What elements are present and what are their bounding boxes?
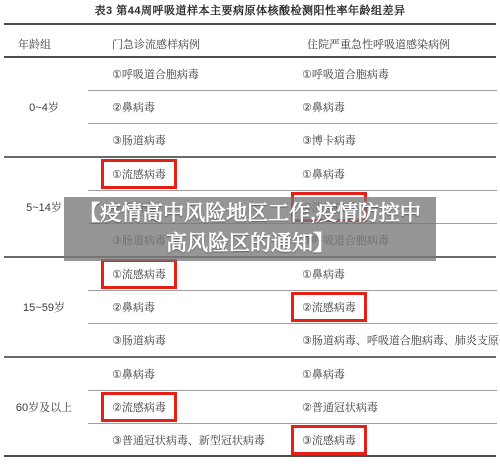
overlay-headline-line2[interactable]: 高风险区的通知】	[166, 229, 334, 259]
overlay-band: 【疫情高中风险地区工作,疫情防控中 高风险区的通知】	[64, 197, 436, 261]
pathogen-cell: ①鼻病毒	[302, 257, 345, 290]
pathogen-rank-1: ①鼻病毒	[302, 366, 345, 382]
pathogen-rank-2: ②鼻病毒	[112, 99, 155, 115]
pathogen-rank-3: ③肠道病毒	[112, 332, 166, 348]
column-header-age-group: 年龄组	[18, 36, 51, 52]
pathogen-rank-3: ③普通冠状病毒、新型冠状病毒	[112, 432, 265, 448]
pathogen-rank-1: ①鼻病毒	[112, 366, 155, 382]
age-group-label: 0~4岁	[0, 57, 88, 157]
pathogen-rank-2: ②普通冠状病毒	[302, 399, 378, 415]
pathogen-rank-2-highlighted: ②流感病毒	[101, 392, 177, 422]
pathogen-cell: ③肠道病毒	[112, 323, 166, 356]
report-table-figure: 表3 第44周呼吸道样本主要病原体核酸检测阳性率年龄组差异 年龄组 门急诊流感样…	[0, 0, 500, 464]
pathogen-rank-3: ③肠道病毒、呼吸道合胞病毒、肺炎支原体	[302, 332, 500, 348]
pathogen-cell: ③肠道病毒、呼吸道合胞病毒、肺炎支原体	[302, 323, 500, 356]
column-header-outpatient-ili: 门急诊流感样病例	[112, 36, 200, 52]
pathogen-cell: ①流感病毒	[112, 257, 177, 290]
table-top-rule	[4, 23, 496, 25]
pathogen-cell: ②普通冠状病毒	[302, 390, 378, 423]
age-group-label: 60岁及以上	[0, 357, 88, 457]
age-row-60-plus: 60岁及以上 ①鼻病毒 ①鼻病毒 ②流感病毒 ②普通冠状病毒 ③普通冠状病毒、新…	[0, 357, 500, 457]
pathogen-cell: ③普通冠状病毒、新型冠状病毒	[112, 423, 265, 456]
pathogen-rank-2-highlighted: ②流感病毒	[291, 292, 367, 322]
pathogen-cell: ①呼吸道合胞病毒	[302, 57, 389, 90]
pathogen-cell: ②流感病毒	[302, 290, 367, 323]
pathogen-cell: ①呼吸道合胞病毒	[112, 57, 199, 90]
table-title: 表3 第44周呼吸道样本主要病原体核酸检测阳性率年龄组差异	[0, 2, 500, 18]
pathogen-rank-3-highlighted: ③流感病毒	[291, 425, 367, 455]
pathogen-rank-1: ①鼻病毒	[302, 166, 345, 182]
pathogen-rank-2: ②鼻病毒	[302, 99, 345, 115]
age-group-label: 15~59岁	[0, 257, 88, 357]
pathogen-cell: ②鼻病毒	[112, 90, 155, 123]
pathogen-rank-1-highlighted: ①流感病毒	[101, 259, 177, 289]
pathogen-cell: ①鼻病毒	[302, 357, 345, 390]
pathogen-cell: ②鼻病毒	[112, 290, 155, 323]
column-header-inpatient-sari: 住院严重急性呼吸道感染病例	[307, 36, 450, 52]
pathogen-cell: ②鼻病毒	[302, 90, 345, 123]
pathogen-cell: ③博卡病毒	[302, 123, 356, 156]
pathogen-cell: ③流感病毒	[302, 423, 367, 456]
pathogen-rank-1: ①呼吸道合胞病毒	[112, 66, 199, 82]
age-row-15-59: 15~59岁 ①流感病毒 ①鼻病毒 ②鼻病毒 ②流感病毒 ③肠道病毒 ③肠道病毒…	[0, 257, 500, 357]
pathogen-rank-3: ③肠道病毒	[112, 132, 166, 148]
pathogen-rank-3: ③博卡病毒	[302, 132, 356, 148]
pathogen-cell: ①流感病毒	[112, 157, 177, 190]
pathogen-cell: ③肠道病毒	[112, 123, 166, 156]
pathogen-rank-1: ①呼吸道合胞病毒	[302, 66, 389, 82]
pathogen-rank-2: ②鼻病毒	[112, 299, 155, 315]
age-row-0-4: 0~4岁 ①呼吸道合胞病毒 ①呼吸道合胞病毒 ②鼻病毒 ②鼻病毒 ③肠道病毒 ③…	[0, 57, 500, 157]
overlay-headline-line1[interactable]: 【疫情高中风险地区工作,疫情防控中	[79, 199, 421, 229]
pathogen-cell: ①鼻病毒	[302, 157, 345, 190]
pathogen-cell: ②流感病毒	[112, 390, 177, 423]
pathogen-rank-1: ①鼻病毒	[302, 266, 345, 282]
pathogen-rank-1-highlighted: ①流感病毒	[101, 159, 177, 189]
pathogen-cell: ①鼻病毒	[112, 357, 155, 390]
